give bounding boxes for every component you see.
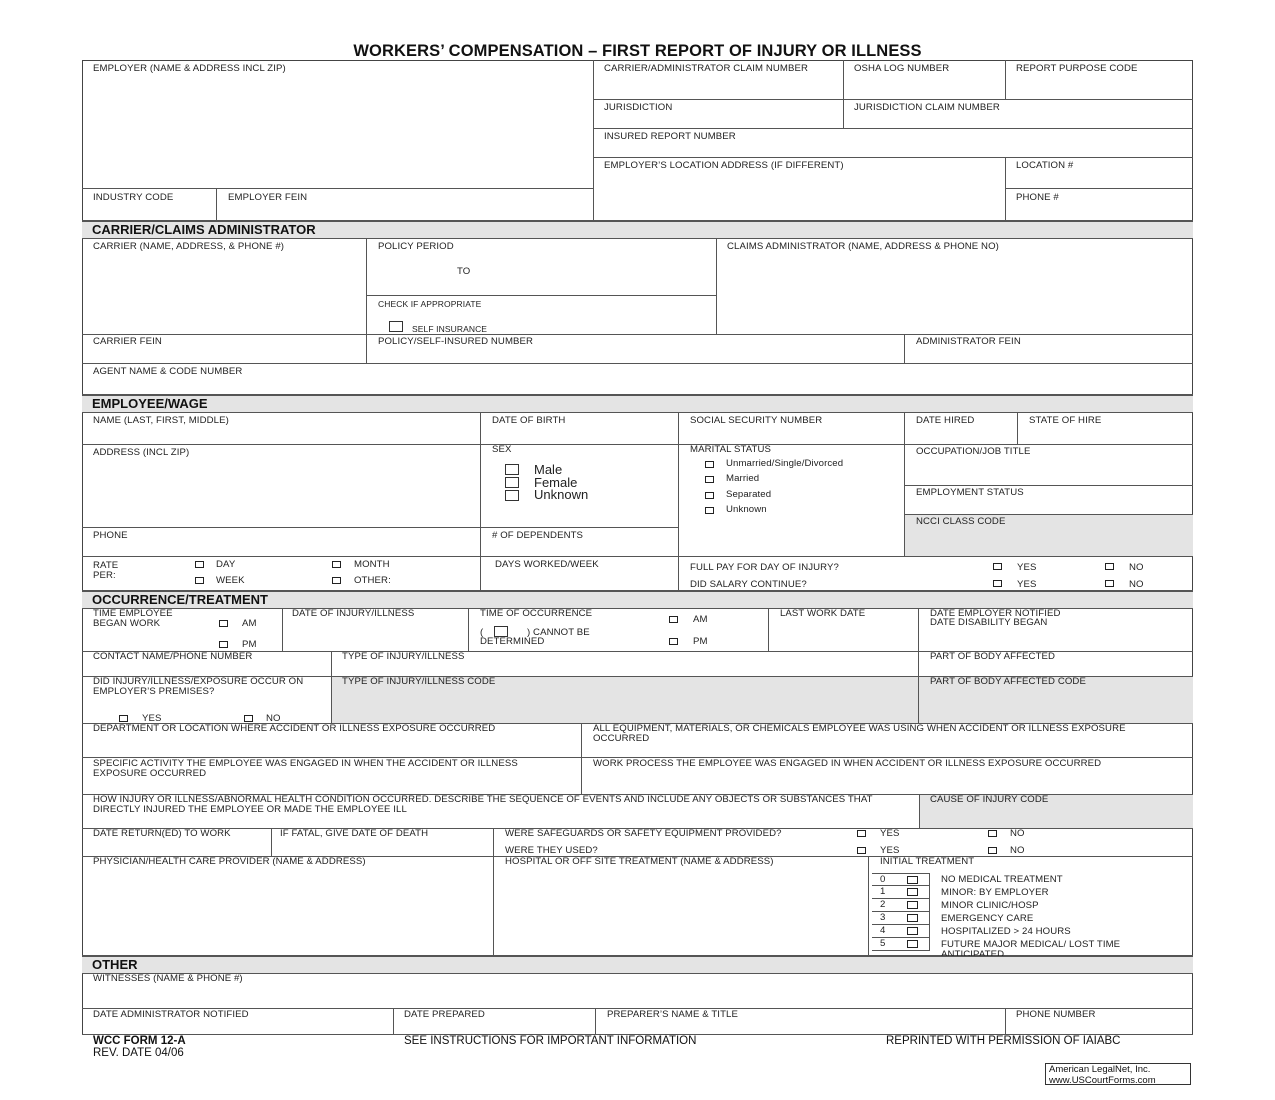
safeguards-field: WERE SAFEGUARDS OR SAFETY EQUIPMENT PROV… xyxy=(494,829,1193,857)
how-occurred-label: HOW INJURY OR ILLNESS/ABNORMAL HEALTH CO… xyxy=(93,795,913,814)
date-return-label: DATE RETURN(ED) TO WORK xyxy=(93,829,231,839)
claims-admin-field[interactable]: CLAIMS ADMINISTRATOR (NAME, ADDRESS & PH… xyxy=(717,239,1193,335)
marital-married-checkbox[interactable] xyxy=(705,476,714,483)
marital-unknown-checkbox[interactable] xyxy=(705,507,714,514)
employer-phone-label: PHONE # xyxy=(1016,193,1059,203)
treatment-label: MINOR CLINIC/HOSP xyxy=(941,901,1181,911)
premises-label: DID INJURY/ILLNESS/EXPOSURE OCCUR ON EMP… xyxy=(93,677,328,696)
date-disability-label: DATE DISABILITY BEGAN xyxy=(930,618,1047,628)
instructions-note: SEE INSTRUCTIONS FOR IMPORTANT INFORMATI… xyxy=(404,1035,696,1047)
treatment-label: MINOR: BY EMPLOYER xyxy=(941,888,1181,898)
self-insurance-checkbox[interactable] xyxy=(389,321,403,332)
address-field[interactable]: ADDRESS (INCL ZIP) xyxy=(82,445,481,528)
began-pm-checkbox[interactable] xyxy=(219,641,228,648)
safeguards-yes-label: YES xyxy=(880,829,900,839)
occurrence-am-label: AM xyxy=(693,615,708,625)
safeguards-yes-checkbox[interactable] xyxy=(857,830,866,837)
dependents-field[interactable]: # OF DEPENDENTS xyxy=(481,528,679,557)
treatment-3-checkbox[interactable] xyxy=(907,914,918,922)
policy-number-field[interactable]: POLICY/SELF-INSURED NUMBER xyxy=(367,335,905,364)
address-label: ADDRESS (INCL ZIP) xyxy=(93,448,189,458)
employer-label: EMPLOYER (NAME & ADDRESS INCL ZIP) xyxy=(93,64,286,74)
self-insurance-label: SELF INSURANCE xyxy=(412,324,487,334)
agent-field[interactable]: AGENT NAME & CODE NUMBER xyxy=(82,364,1193,395)
premises-no-checkbox[interactable] xyxy=(244,715,253,722)
occupation-label: OCCUPATION/JOB TITLE xyxy=(916,447,1030,457)
safeguards-label: WERE SAFEGUARDS OR SAFETY EQUIPMENT PROV… xyxy=(505,829,782,839)
initial-treatment-label: INITIAL TREATMENT xyxy=(880,857,974,867)
type-injury-field[interactable]: TYPE OF INJURY/ILLNESS xyxy=(332,652,919,677)
date-injury-field[interactable]: DATE OF INJURY/ILLNESS xyxy=(283,609,469,652)
employment-status-label: EMPLOYMENT STATUS xyxy=(916,488,1024,498)
began-am-checkbox[interactable] xyxy=(219,620,228,627)
hospital-field[interactable]: HOSPITAL OR OFF SITE TREATMENT (NAME & A… xyxy=(494,857,870,956)
equipment-field[interactable]: ALL EQUIPMENT, MATERIALS, OR CHEMICALS E… xyxy=(582,724,1193,758)
rate-per-field: RATE PER: DAY MONTH WEEK OTHER: xyxy=(82,557,481,591)
date-notified-field[interactable]: DATE EMPLOYER NOTIFIED DATE DISABILITY B… xyxy=(919,609,1193,652)
work-process-field[interactable]: WORK PROCESS THE EMPLOYEE WAS ENGAGED IN… xyxy=(582,758,1193,795)
marital-separated-checkbox[interactable] xyxy=(705,492,714,499)
treatment-code: 4 xyxy=(880,926,885,936)
marital-married-label: Married xyxy=(726,474,759,484)
report-purpose-label: REPORT PURPOSE CODE xyxy=(1016,64,1138,74)
salary-no-checkbox[interactable] xyxy=(1105,580,1114,587)
sex-female-checkbox[interactable] xyxy=(505,477,519,488)
form-id: WCC FORM 12-A xyxy=(93,1035,186,1047)
osha-log-field[interactable]: OSHA LOG NUMBER xyxy=(844,60,1006,100)
treatment-code: 5 xyxy=(880,939,885,949)
type-code-field[interactable]: TYPE OF INJURY/ILLNESS CODE xyxy=(332,677,919,724)
witnesses-label: WITNESSES (NAME & PHONE #) xyxy=(93,974,243,984)
location-address-label: EMPLOYER’S LOCATION ADDRESS (IF DIFFEREN… xyxy=(604,161,844,171)
days-worked-field[interactable]: DAYS WORKED/WEEK xyxy=(481,557,679,591)
section-occurrence: OCCURRENCE/TREATMENT xyxy=(82,591,1193,609)
initial-treatment: INITIAL TREATMENT 0NO MEDICAL TREATMENT1… xyxy=(868,857,1193,956)
rate-day-checkbox[interactable] xyxy=(195,561,204,568)
premises-yes-checkbox[interactable] xyxy=(119,715,128,722)
jurisdiction-label: JURISDICTION xyxy=(604,103,672,113)
employee-phone-field[interactable]: PHONE xyxy=(82,528,481,557)
treatment-code-box: 5 xyxy=(872,938,930,951)
publisher-credit: American LegalNet, Inc. www.USCourtForms… xyxy=(1045,1063,1191,1085)
carrier-name-label: CARRIER (NAME, ADDRESS, & PHONE #) xyxy=(93,242,284,252)
state-hire-label: STATE OF HIRE xyxy=(1029,416,1101,426)
treatment-label: EMERGENCY CARE xyxy=(941,914,1181,924)
salary-continue-label: DID SALARY CONTINUE? xyxy=(690,580,807,590)
occurrence-pm-label: PM xyxy=(693,637,708,647)
carrier-fein-field[interactable]: CARRIER FEIN xyxy=(82,335,367,364)
policy-period-label: POLICY PERIOD xyxy=(378,242,454,252)
used-no-checkbox[interactable] xyxy=(988,847,997,854)
date-death-label: IF FATAL, GIVE DATE OF DEATH xyxy=(280,829,428,839)
treatment-code: 0 xyxy=(880,875,885,885)
marital-unmarried-label: Unmarried/Single/Divorced xyxy=(726,459,843,469)
carrier-fein-label: CARRIER FEIN xyxy=(93,337,162,347)
date-prepared-field[interactable]: DATE PREPARED xyxy=(394,1009,596,1035)
cause-code-label: CAUSE OF INJURY CODE xyxy=(930,795,1048,805)
time-occurrence-label: TIME OF OCCURRENCE xyxy=(480,609,592,619)
marital-label: MARITAL STATUS xyxy=(690,445,771,455)
treatment-0-checkbox[interactable] xyxy=(907,876,918,884)
preparer-label: PREPARER’S NAME & TITLE xyxy=(607,1010,738,1020)
physician-field[interactable]: PHYSICIAN/HEALTH CARE PROVIDER (NAME & A… xyxy=(82,857,494,956)
form-title: WORKERS’ COMPENSATION – FIRST REPORT OF … xyxy=(0,42,1275,61)
rate-per-label: RATE PER: xyxy=(93,561,133,581)
salary-no-label: NO xyxy=(1129,580,1144,590)
policy-number-label: POLICY/SELF-INSURED NUMBER xyxy=(378,337,533,347)
hospital-label: HOSPITAL OR OFF SITE TREATMENT (NAME & A… xyxy=(505,857,774,867)
credit-line-2: www.USCourtForms.com xyxy=(1049,1076,1187,1087)
state-hire-field[interactable]: STATE OF HIRE xyxy=(1018,413,1193,445)
employer-fein-label: EMPLOYER FEIN xyxy=(228,193,307,203)
date-prepared-label: DATE PREPARED xyxy=(404,1010,485,1020)
employee-name-field[interactable]: NAME (LAST, FIRST, MIDDLE) xyxy=(82,413,481,445)
full-pay-no-label: NO xyxy=(1129,563,1144,573)
rate-month-checkbox[interactable] xyxy=(332,561,341,568)
full-pay-no-checkbox[interactable] xyxy=(1105,563,1114,570)
last-work-label: LAST WORK DATE xyxy=(780,609,865,619)
rate-month-label: MONTH xyxy=(354,560,390,570)
type-injury-label: TYPE OF INJURY/ILLNESS xyxy=(342,652,465,662)
location-number-field[interactable]: LOCATION # xyxy=(1006,158,1193,189)
employer-field[interactable]: EMPLOYER (NAME & ADDRESS INCL ZIP) xyxy=(82,60,594,189)
contact-label: CONTACT NAME/PHONE NUMBER xyxy=(93,652,252,662)
date-injury-label: DATE OF INJURY/ILLNESS xyxy=(292,609,414,619)
physician-label: PHYSICIAN/HEALTH CARE PROVIDER (NAME & A… xyxy=(93,857,366,867)
witnesses-field[interactable]: WITNESSES (NAME & PHONE #) xyxy=(82,974,1193,1009)
treatment-code-box: 3 xyxy=(872,912,930,925)
how-occurred-field[interactable]: HOW INJURY OR ILLNESS/ABNORMAL HEALTH CO… xyxy=(82,795,920,829)
treatment-code: 3 xyxy=(880,913,885,923)
employee-phone-label: PHONE xyxy=(93,531,128,541)
dob-label: DATE OF BIRTH xyxy=(492,416,565,426)
treatment-code: 1 xyxy=(880,887,885,897)
date-admin-notified-field[interactable]: DATE ADMINISTRATOR NOTIFIED xyxy=(82,1009,394,1035)
sex-field: SEX Male Female Unknown xyxy=(481,445,679,528)
employer-phone-field[interactable]: PHONE # xyxy=(1006,189,1193,221)
rev-date: REV. DATE 04/06 xyxy=(93,1047,184,1059)
began-am-label: AM xyxy=(242,619,257,629)
time-occurrence-field: TIME OF OCCURRENCE ( ) CANNOT BE DETERMI… xyxy=(469,609,769,652)
dob-field[interactable]: DATE OF BIRTH xyxy=(481,413,679,445)
ssn-field[interactable]: SOCIAL SECURITY NUMBER xyxy=(679,413,905,445)
carrier-name-field[interactable]: CARRIER (NAME, ADDRESS, & PHONE #) xyxy=(82,239,367,335)
osha-log-label: OSHA LOG NUMBER xyxy=(854,64,949,74)
days-worked-label: DAYS WORKED/WEEK xyxy=(495,560,599,570)
section-carrier: CARRIER/CLAIMS ADMINISTRATOR xyxy=(82,221,1193,239)
date-admin-notified-label: DATE ADMINISTRATOR NOTIFIED xyxy=(93,1010,249,1020)
treatment-4-checkbox[interactable] xyxy=(907,927,918,935)
employment-status-field[interactable]: EMPLOYMENT STATUS xyxy=(905,486,1193,515)
jurisdiction-claim-field[interactable]: JURISDICTION CLAIM NUMBER xyxy=(844,100,1193,129)
report-purpose-field[interactable]: REPORT PURPOSE CODE xyxy=(1006,60,1193,100)
used-yes-label: YES xyxy=(880,846,900,856)
location-address-field[interactable]: EMPLOYER’S LOCATION ADDRESS (IF DIFFEREN… xyxy=(594,158,1006,221)
date-hired-field[interactable]: DATE HIRED xyxy=(905,413,1018,445)
treatment-code-box: 2 xyxy=(872,899,930,912)
began-pm-label: PM xyxy=(242,640,257,650)
marital-field: MARITAL STATUS Unmarried/Single/Divorced… xyxy=(679,445,905,557)
activity-field[interactable]: SPECIFIC ACTIVITY THE EMPLOYEE WAS ENGAG… xyxy=(82,758,582,795)
rate-other-label: OTHER: xyxy=(354,576,391,586)
insured-report-label: INSURED REPORT NUMBER xyxy=(604,132,736,142)
claims-admin-label: CLAIMS ADMINISTRATOR (NAME, ADDRESS & PH… xyxy=(727,242,999,252)
pay-questions: FULL PAY FOR DAY OF INJURY? YES NO DID S… xyxy=(679,557,1193,591)
jurisdiction-claim-label: JURISDICTION CLAIM NUMBER xyxy=(854,103,1000,113)
employee-name-label: NAME (LAST, FIRST, MIDDLE) xyxy=(93,416,229,426)
claim-number-label: CARRIER/ADMINISTRATOR CLAIM NUMBER xyxy=(604,64,824,74)
treatment-1-checkbox[interactable] xyxy=(907,888,918,896)
policy-period-field[interactable]: POLICY PERIOD TO xyxy=(367,239,717,296)
claim-number-field[interactable]: CARRIER/ADMINISTRATOR CLAIM NUMBER xyxy=(594,60,844,100)
treatment-2-checkbox[interactable] xyxy=(907,901,918,909)
rate-day-label: DAY xyxy=(216,560,235,570)
time-began-label: TIME EMPLOYEE BEGAN WORK xyxy=(93,609,193,628)
determined-label: DETERMINED xyxy=(480,637,544,647)
sex-unknown-checkbox[interactable] xyxy=(505,490,519,501)
sex-label: SEX xyxy=(492,445,512,455)
agent-label: AGENT NAME & CODE NUMBER xyxy=(93,367,242,377)
safeguards-no-label: NO xyxy=(1010,829,1025,839)
section-other: OTHER xyxy=(82,956,1193,974)
safeguards-no-checkbox[interactable] xyxy=(988,830,997,837)
jurisdiction-field[interactable]: JURISDICTION xyxy=(594,100,844,129)
preparer-field[interactable]: PREPARER’S NAME & TITLE xyxy=(596,1009,1006,1035)
employer-fein-field[interactable]: EMPLOYER FEIN xyxy=(217,189,594,221)
last-work-field[interactable]: LAST WORK DATE xyxy=(769,609,919,652)
treatment-5-checkbox[interactable] xyxy=(907,940,918,948)
full-pay-label: FULL PAY FOR DAY OF INJURY? xyxy=(690,563,839,573)
section-employee: EMPLOYEE/WAGE xyxy=(82,395,1193,413)
admin-fein-field[interactable]: ADMINISTRATOR FEIN xyxy=(905,335,1193,364)
sex-male-checkbox[interactable] xyxy=(505,464,519,475)
reprinted-note: REPRINTED WITH PERMISSION OF IAIABC xyxy=(886,1035,1121,1047)
department-label: DEPARTMENT OR LOCATION WHERE ACCIDENT OR… xyxy=(93,724,495,734)
policy-to-label: TO xyxy=(457,267,470,277)
salary-yes-checkbox[interactable] xyxy=(993,580,1002,587)
sex-unknown-label: Unknown xyxy=(534,488,588,501)
treatment-code-box: 4 xyxy=(872,925,930,938)
contact-field[interactable]: CONTACT NAME/PHONE NUMBER xyxy=(82,652,332,677)
occupation-field[interactable]: OCCUPATION/JOB TITLE xyxy=(905,445,1193,486)
industry-code-field[interactable]: INDUSTRY CODE xyxy=(82,189,217,221)
treatment-label: NO MEDICAL TREATMENT xyxy=(941,875,1181,885)
equipment-label: ALL EQUIPMENT, MATERIALS, OR CHEMICALS E… xyxy=(593,724,1173,743)
location-number-label: LOCATION # xyxy=(1016,161,1073,171)
marital-separated-label: Separated xyxy=(726,490,771,500)
prep-phone-label: PHONE NUMBER xyxy=(1016,1010,1096,1020)
marital-unknown-label: Unknown xyxy=(726,505,767,515)
part-code-field[interactable]: PART OF BODY AFFECTED CODE xyxy=(919,677,1193,724)
industry-code-label: INDUSTRY CODE xyxy=(93,193,173,203)
ncci-label: NCCI CLASS CODE xyxy=(916,517,1005,527)
credit-line-1: American LegalNet, Inc. xyxy=(1049,1065,1187,1076)
marital-unmarried-checkbox[interactable] xyxy=(705,461,714,468)
occurrence-pm-checkbox[interactable] xyxy=(669,638,678,645)
part-code-label: PART OF BODY AFFECTED CODE xyxy=(930,677,1086,687)
work-process-label: WORK PROCESS THE EMPLOYEE WAS ENGAGED IN… xyxy=(593,759,1153,769)
ncci-field[interactable]: NCCI CLASS CODE xyxy=(905,515,1193,557)
insured-report-field[interactable]: INSURED REPORT NUMBER xyxy=(594,129,1193,158)
occurrence-am-checkbox[interactable] xyxy=(669,616,678,623)
admin-fein-label: ADMINISTRATOR FEIN xyxy=(916,337,1021,347)
type-code-label: TYPE OF INJURY/ILLNESS CODE xyxy=(342,677,495,687)
prep-phone-field[interactable]: PHONE NUMBER xyxy=(1006,1009,1193,1035)
treatment-label: HOSPITALIZED > 24 HOURS xyxy=(941,927,1181,937)
time-began-field: TIME EMPLOYEE BEGAN WORK AM PM xyxy=(82,609,283,652)
treatment-code-box: 0 xyxy=(872,873,930,886)
treatment-code-box: 1 xyxy=(872,886,930,899)
treatment-code: 2 xyxy=(880,900,885,910)
date-death-field[interactable]: IF FATAL, GIVE DATE OF DEATH xyxy=(272,829,494,857)
department-field[interactable]: DEPARTMENT OR LOCATION WHERE ACCIDENT OR… xyxy=(82,724,582,758)
date-return-field[interactable]: DATE RETURN(ED) TO WORK xyxy=(82,829,272,857)
used-no-label: NO xyxy=(1010,846,1025,856)
check-if-appropriate: CHECK IF APPROPRIATE SELF INSURANCE xyxy=(367,296,717,335)
date-hired-label: DATE HIRED xyxy=(916,416,974,426)
cause-code-field[interactable]: CAUSE OF INJURY CODE xyxy=(920,795,1193,829)
used-label: WERE THEY USED? xyxy=(505,846,598,856)
used-yes-checkbox[interactable] xyxy=(857,847,866,854)
premises-field: DID INJURY/ILLNESS/EXPOSURE OCCUR ON EMP… xyxy=(82,677,332,724)
dependents-label: # OF DEPENDENTS xyxy=(492,531,583,541)
full-pay-yes-checkbox[interactable] xyxy=(993,563,1002,570)
rate-week-label: WEEK xyxy=(216,576,245,586)
activity-label: SPECIFIC ACTIVITY THE EMPLOYEE WAS ENGAG… xyxy=(93,759,563,778)
rate-week-checkbox[interactable] xyxy=(195,577,204,584)
full-pay-yes-label: YES xyxy=(1017,563,1037,573)
check-if-label: CHECK IF APPROPRIATE xyxy=(378,299,481,309)
ssn-label: SOCIAL SECURITY NUMBER xyxy=(690,416,822,426)
part-body-label: PART OF BODY AFFECTED xyxy=(930,652,1055,662)
rate-other-checkbox[interactable] xyxy=(332,577,341,584)
salary-yes-label: YES xyxy=(1017,580,1037,590)
part-body-field[interactable]: PART OF BODY AFFECTED xyxy=(919,652,1193,677)
